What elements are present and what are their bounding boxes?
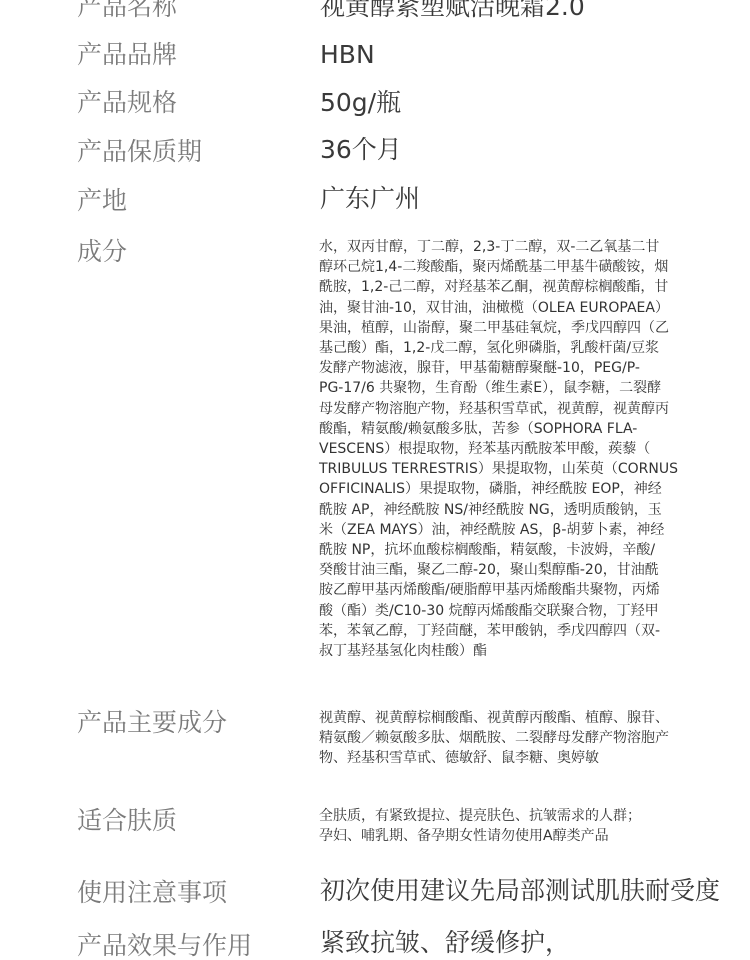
brand-label: 产品品牌: [77, 40, 177, 70]
brand-value: HBN: [320, 40, 375, 70]
precautions-label: 使用注意事项: [77, 878, 227, 908]
ingredients-label: 成分: [77, 237, 127, 267]
ingredients-text: 水，双丙甘醇，丁二醇，2,3-丁二醇，双-二乙氧基二甘 醇环己烷1,4-二羧酸酯…: [319, 237, 724, 661]
spec-value: 50g/瓶: [320, 88, 401, 118]
product-name-label: 产品名称: [77, 0, 177, 22]
key-ingredients-label: 产品主要成分: [77, 708, 227, 738]
key-ingredients-text: 视黄醇、视黄醇棕榈酸酯、视黄醇丙酸酯、植醇、腺苷、 精氨酸／赖氨酸多肽、烟酰胺、…: [319, 708, 724, 769]
origin-label: 产地: [77, 186, 127, 216]
effects-value: 紧致抗皱、舒缓修护，: [320, 928, 570, 958]
product-name-value: 视黄醇紧塑赋活晚霜2.0: [320, 0, 585, 22]
spec-label: 产品规格: [77, 88, 177, 118]
skin-type-label: 适合肤质: [77, 806, 177, 836]
precautions-value: 初次使用建议先局部测试肌肤耐受度: [320, 876, 720, 906]
origin-value: 广东广州: [320, 184, 420, 214]
skin-type-text: 全肤质，有紧致提拉、提亮肤色、抗皱需求的人群； 孕妇、哺乳期、备孕期女性请勿使用…: [319, 806, 724, 846]
shelf-life-label: 产品保质期: [77, 137, 202, 167]
shelf-life-value: 36个月: [320, 135, 402, 165]
effects-label: 产品效果与作用: [77, 931, 252, 960]
